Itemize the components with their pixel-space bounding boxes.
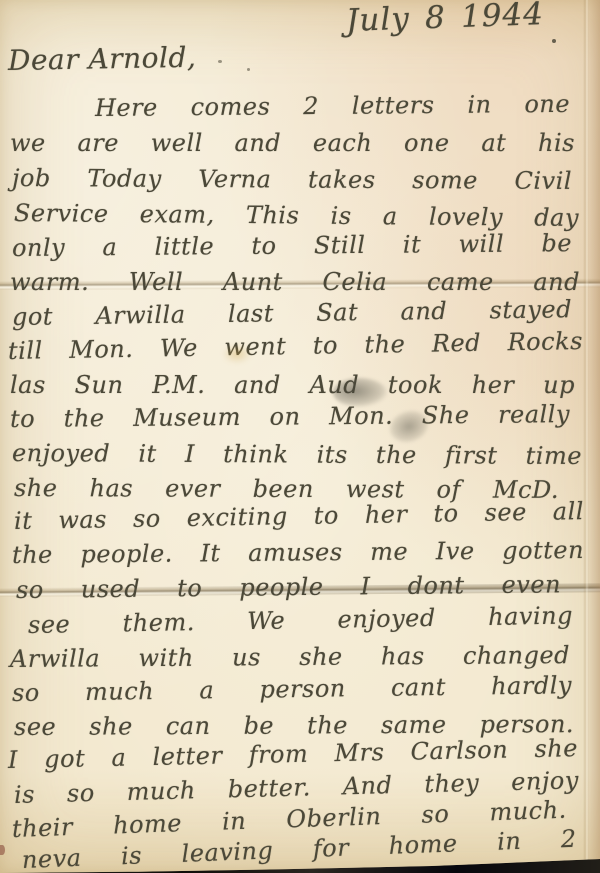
- handwritten-line: Service exam, This is a lovely day: [14, 198, 579, 233]
- ink-smudge: [333, 378, 387, 407]
- handwritten-line: Here comes 2 letters in one: [95, 89, 570, 123]
- letter-scan: July 8 1944 Dear Arnold, Here comes 2 le…: [0, 0, 600, 873]
- handwritten-line: enjoyed it I think its the first time: [12, 438, 582, 471]
- handwritten-line: only a little to Still it will be: [12, 228, 572, 263]
- ink-dot: [218, 60, 222, 63]
- ink-dot: [247, 68, 250, 71]
- letter-paper: July 8 1944 Dear Arnold, Here comes 2 le…: [0, 0, 600, 873]
- paper-edge-speck: [0, 845, 5, 855]
- handwritten-line: to the Museum on Mon. She really: [10, 399, 570, 434]
- handwritten-line: so much a person cant hardly: [12, 670, 572, 708]
- paper-right-edge-shading: [586, 0, 600, 873]
- handwritten-line: till Mon. We went to the Red Rocks: [8, 326, 583, 366]
- handwritten-line: got Arwilla last Sat and stayed: [12, 294, 572, 332]
- handwritten-line: we are well and each one at his: [10, 128, 575, 158]
- letter-salutation: Dear Arnold,: [8, 43, 197, 76]
- letter-date: July 8 1944: [345, 0, 544, 36]
- handwritten-line: so used to people I dont even: [16, 569, 561, 605]
- handwritten-line: the people. It amuses me Ive gotten: [12, 535, 584, 570]
- yellow-stain: [222, 344, 252, 364]
- handwritten-line: Arwilla with us she has changed: [10, 640, 570, 674]
- handwritten-line: las Sun P.M. and Aud took her up: [10, 370, 575, 400]
- ink-dot: [552, 39, 556, 43]
- handwritten-line: job Today Verna takes some Civil: [12, 163, 572, 196]
- handwritten-line: see them. We enjoyed having: [28, 600, 573, 640]
- handwritten-line: warm. Well Aunt Celia came and: [10, 267, 580, 297]
